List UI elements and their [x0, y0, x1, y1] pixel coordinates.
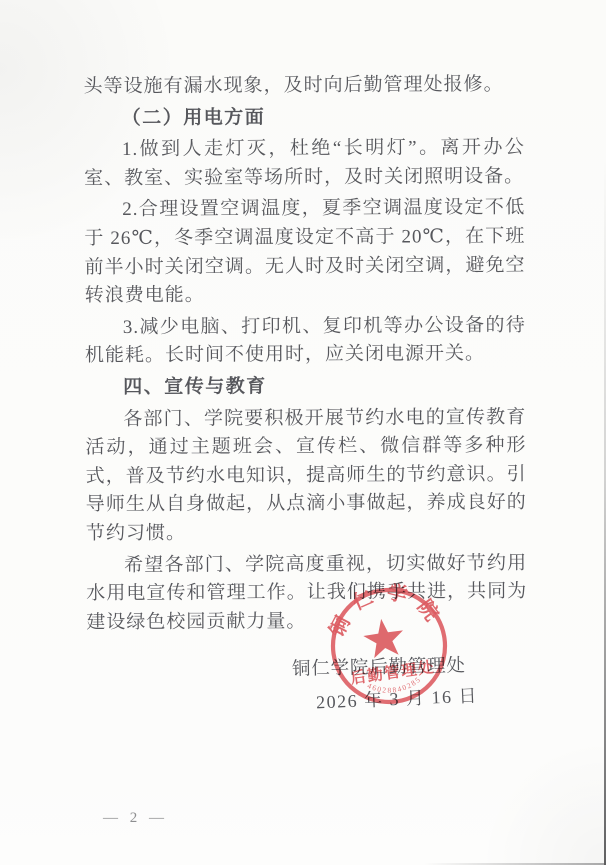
seal-star — [361, 616, 406, 659]
paragraph: 2.合理设置空调温度，夏季空调温度设定不低于 26℃，冬季空调温度设定不高于 2… — [84, 194, 526, 311]
paragraph: 1.做到人走灯灭，杜绝“长明灯”。离开办公室、教室、实验室等场所时，及时关闭照明… — [84, 134, 525, 193]
paragraph: 各部门、学院要积极开展节约水电的宣传教育活动，通过主题班会、宣传栏、微信群等多种… — [85, 403, 527, 548]
page-number: — 2 — — [103, 810, 168, 827]
paragraph: 头等设施有漏水现象，及时向后勤管理处报修。 — [84, 71, 525, 102]
paragraph: （二）用电方面 — [84, 102, 525, 133]
official-seal: 铜仁学院 后勤管理处 46028840285 — [322, 583, 462, 723]
paragraph: 四、宣传与教育 — [85, 372, 526, 403]
document-page: 头等设施有漏水现象，及时向后勤管理处报修。（二）用电方面1.做到人走灯灭，杜绝“… — [0, 0, 606, 865]
seal-inner-text: 后勤管理处 — [349, 657, 436, 688]
paragraph: 3.减少电脑、打印机、复印机等办公设备的待机能耗。长时间不使用时，应关闭电源开关… — [85, 312, 526, 371]
body-text: 头等设施有漏水现象，及时向后勤管理处报修。（二）用电方面1.做到人走灯灭，杜绝“… — [84, 71, 528, 641]
